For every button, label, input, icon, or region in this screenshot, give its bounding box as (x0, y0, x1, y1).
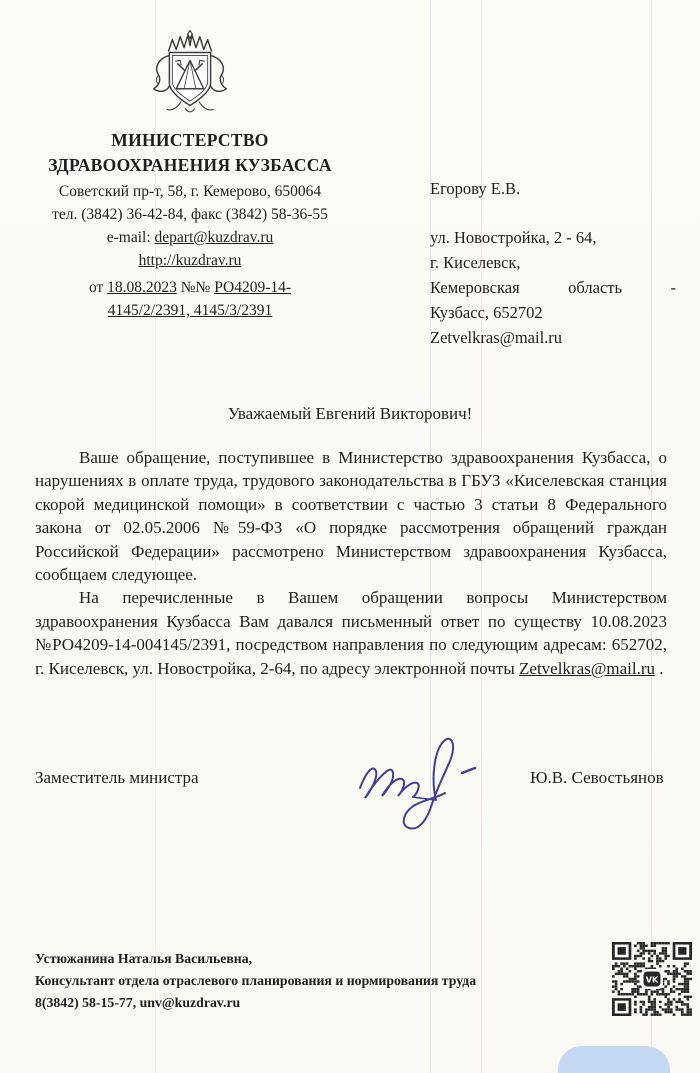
body-email-link[interactable]: Zetvelkras@mail.ru (519, 659, 655, 678)
letterhead-website-link[interactable]: http://kuzdrav.ru (139, 252, 242, 269)
recipient-block: Егорову Е.В. ул. Новостройка, 2 - 64, г.… (430, 176, 676, 350)
reference-prefix: от (89, 279, 107, 296)
ministry-name-line1: МИНИСТЕРСТВО (18, 128, 362, 153)
letterhead-email-label: e-mail: (107, 229, 155, 246)
recipient-name: Егорову Е.В. (430, 176, 676, 201)
signer-name: Ю.В. Севостьянов (530, 768, 664, 788)
scanned-letter-page: МИНИСТЕРСТВО ЗДРАВООХРАНЕНИЯ КУЗБАССА Со… (0, 0, 700, 1073)
blue-rounded-shape (558, 1046, 670, 1073)
executor-name: Устюжанина Наталья Васильевна, (35, 948, 495, 970)
recipient-address-line: Кемеровская область - (430, 275, 676, 300)
letterhead-email-line: e-mail: depart@kuzdrav.ru (18, 226, 362, 249)
recipient-email: Zetvelkras@mail.ru (430, 325, 676, 350)
kuzbass-coat-of-arms-icon (136, 30, 244, 126)
reference-line2: 4145/2/2391, 4145/3/2391 (18, 299, 362, 322)
reference-number-block: от 18.08.2023 №№ РО4209-14- 4145/2/2391,… (18, 276, 362, 322)
executor-contact-block: Устюжанина Наталья Васильевна, Консульта… (35, 948, 495, 1014)
body-paragraph-2-tail: . (655, 659, 664, 678)
reference-number-part2: 4145/2/2391, 4145/3/2391 (108, 302, 272, 319)
reference-number-part1: РО4209-14- (214, 279, 291, 296)
letterhead-website-line: http://kuzdrav.ru (18, 249, 362, 272)
reference-line1: от 18.08.2023 №№ РО4209-14- (18, 276, 362, 299)
body-paragraph-1: Ваше обращение, поступившее в Министерст… (35, 446, 667, 586)
recipient-address-line: Кузбасс, 652702 (430, 300, 676, 325)
svg-text:VK: VK (646, 976, 659, 985)
body-paragraph-2: На перечисленные в Вашем обращении вопро… (35, 586, 667, 680)
letterhead-phone-fax: тел. (3842) 36-42-84, факс (3842) 58-36-… (18, 203, 362, 226)
salutation: Уважаемый Евгений Викторович! (0, 404, 700, 424)
reference-date: 18.08.2023 (107, 279, 177, 296)
recipient-address-line: г. Киселевск, (430, 250, 676, 275)
ministry-name: МИНИСТЕРСТВО ЗДРАВООХРАНЕНИЯ КУЗБАССА (18, 128, 362, 178)
letterhead-address: Советский пр-т, 58, г. Кемерово, 650064 (18, 180, 362, 203)
letterhead-email-link[interactable]: depart@kuzdrav.ru (155, 229, 274, 246)
letter-body: Ваше обращение, поступившее в Министерст… (35, 446, 667, 680)
signer-position: Заместитель министра (35, 768, 199, 788)
vk-qr-code: VK (612, 942, 692, 1016)
executor-title: Консультант отдела отраслевого планирова… (35, 970, 495, 992)
recipient-address-line: ул. Новостройка, 2 - 64, (430, 225, 676, 250)
handwritten-signature (344, 724, 494, 844)
ministry-name-line2: ЗДРАВООХРАНЕНИЯ КУЗБАССА (18, 153, 362, 178)
executor-phone-email: 8(3842) 58-15-77, unv@kuzdrav.ru (35, 992, 495, 1014)
letterhead-contacts: Советский пр-т, 58, г. Кемерово, 650064 … (18, 180, 362, 272)
reference-number-sign: №№ (177, 279, 214, 296)
